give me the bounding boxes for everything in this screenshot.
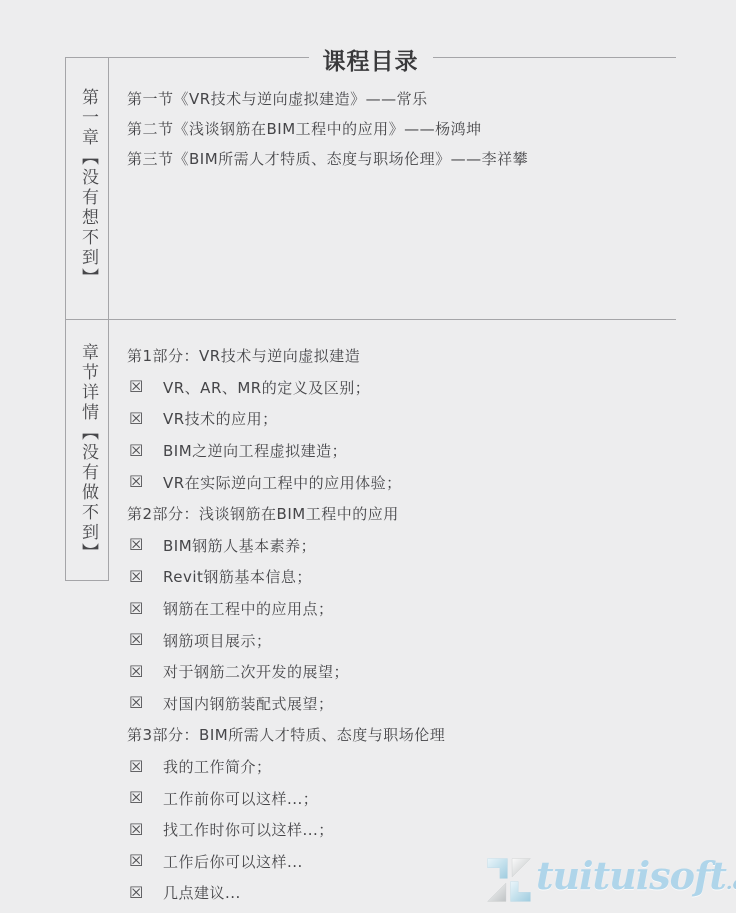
ballot-x-icon: ☒ [129, 664, 146, 680]
tuituisoft-pinwheel-icon [486, 851, 532, 909]
detail-item: ☒对国内钢筋装配式展望； [127, 688, 445, 720]
row-text: 对于钢筋二次开发的展望； [163, 661, 349, 682]
ballot-x-icon: ☒ [129, 759, 146, 775]
brand-text: tuituisoft [536, 853, 726, 898]
row-text: 第1部分：VR技术与逆向虚拟建造 [127, 345, 360, 366]
row-text: 第3部分：BIM所需人才特质、态度与职场伦理 [127, 724, 445, 745]
detail-item: ☒对于钢筋二次开发的展望； [127, 656, 445, 688]
table-left-border [65, 57, 66, 581]
tuituisoft-wordmark: tuituisoft.com [536, 845, 736, 913]
lecture-list: 第一节《VR技术与逆向虚拟建造》——常乐第二节《浅谈钢筋在BIM工程中的应用》—… [127, 84, 528, 174]
detail-item: ☒我的工作简介； [127, 751, 445, 783]
row-text: 钢筋项目展示； [163, 630, 272, 651]
page-title-text: 课程目录 [309, 43, 433, 76]
details-sidebar-label: 章节详情【没有做不到】 [76, 343, 101, 563]
chapter1-sidebar-label: 第一章【没有想不到】 [76, 88, 101, 288]
ballot-x-icon: ☒ [129, 474, 146, 490]
detail-item: ☒几点建议... [127, 877, 445, 909]
row-text: 工作后你可以这样... [163, 851, 303, 872]
detail-item: ☒VR技术的应用； [127, 403, 445, 435]
ballot-x-icon: ☒ [129, 569, 146, 585]
detail-item: ☒工作后你可以这样... [127, 846, 445, 878]
row-text: 钢筋在工程中的应用点； [163, 598, 334, 619]
row-text: VR、AR、MR的定义及区别； [163, 377, 370, 398]
section-divider-line [65, 319, 676, 320]
lecture-item: 第三节《BIM所需人才特质、态度与职场伦理》——李祥攀 [127, 144, 528, 174]
lecture-item: 第一节《VR技术与逆向虚拟建造》——常乐 [127, 84, 528, 114]
ballot-x-icon: ☒ [129, 632, 146, 648]
page-title: 课程目录 [65, 43, 676, 76]
detail-item: ☒BIM之逆向工程虚拟建造； [127, 435, 445, 467]
row-text: Revit钢筋基本信息； [163, 566, 312, 587]
row-text: 对国内钢筋装配式展望； [163, 693, 334, 714]
course-catalog-page: { "title": "课程目录", "chapter1": { "sideba… [0, 0, 736, 913]
row-text: 工作前你可以这样...； [163, 788, 318, 809]
detail-rows: 第1部分：VR技术与逆向虚拟建造☒VR、AR、MR的定义及区别；☒VR技术的应用… [127, 340, 445, 909]
ballot-x-icon: ☒ [129, 601, 146, 617]
row-text: 第2部分：浅谈钢筋在BIM工程中的应用 [127, 503, 399, 524]
detail-item: ☒钢筋在工程中的应用点； [127, 593, 445, 625]
sidebar-bottom-border [65, 580, 109, 581]
row-text: BIM钢筋人基本素养； [163, 535, 316, 556]
tuituisoft-logo: tuituisoft.com [484, 845, 736, 913]
detail-item: ☒VR在实际逆向工程中的应用体验； [127, 466, 445, 498]
section-header: 第1部分：VR技术与逆向虚拟建造 [127, 340, 445, 372]
ballot-x-icon: ☒ [129, 379, 146, 395]
section-header: 第3部分：BIM所需人才特质、态度与职场伦理 [127, 719, 445, 751]
row-text: 几点建议... [163, 882, 241, 903]
row-text: VR技术的应用； [163, 408, 278, 429]
ballot-x-icon: ☒ [129, 853, 146, 869]
detail-item: ☒BIM钢筋人基本素养； [127, 530, 445, 562]
detail-item: ☒VR、AR、MR的定义及区别； [127, 372, 445, 404]
section-header: 第2部分：浅谈钢筋在BIM工程中的应用 [127, 498, 445, 530]
detail-item: ☒工作前你可以这样...； [127, 782, 445, 814]
detail-item: ☒Revit钢筋基本信息； [127, 561, 445, 593]
lecture-item: 第二节《浅谈钢筋在BIM工程中的应用》——杨鸿坤 [127, 114, 528, 144]
ballot-x-icon: ☒ [129, 822, 146, 838]
row-text: VR在实际逆向工程中的应用体验； [163, 472, 402, 493]
row-text: 我的工作简介； [163, 756, 272, 777]
row-text: BIM之逆向工程虚拟建造； [163, 440, 347, 461]
ballot-x-icon: ☒ [129, 695, 146, 711]
ballot-x-icon: ☒ [129, 411, 146, 427]
ballot-x-icon: ☒ [129, 885, 146, 901]
tld-text: .com [726, 872, 736, 894]
sidebar-column-divider [108, 57, 109, 581]
detail-item: ☒钢筋项目展示； [127, 624, 445, 656]
ballot-x-icon: ☒ [129, 443, 146, 459]
ballot-x-icon: ☒ [129, 790, 146, 806]
row-text: 找工作时你可以这样...； [163, 819, 334, 840]
detail-item: ☒找工作时你可以这样...； [127, 814, 445, 846]
ballot-x-icon: ☒ [129, 537, 146, 553]
